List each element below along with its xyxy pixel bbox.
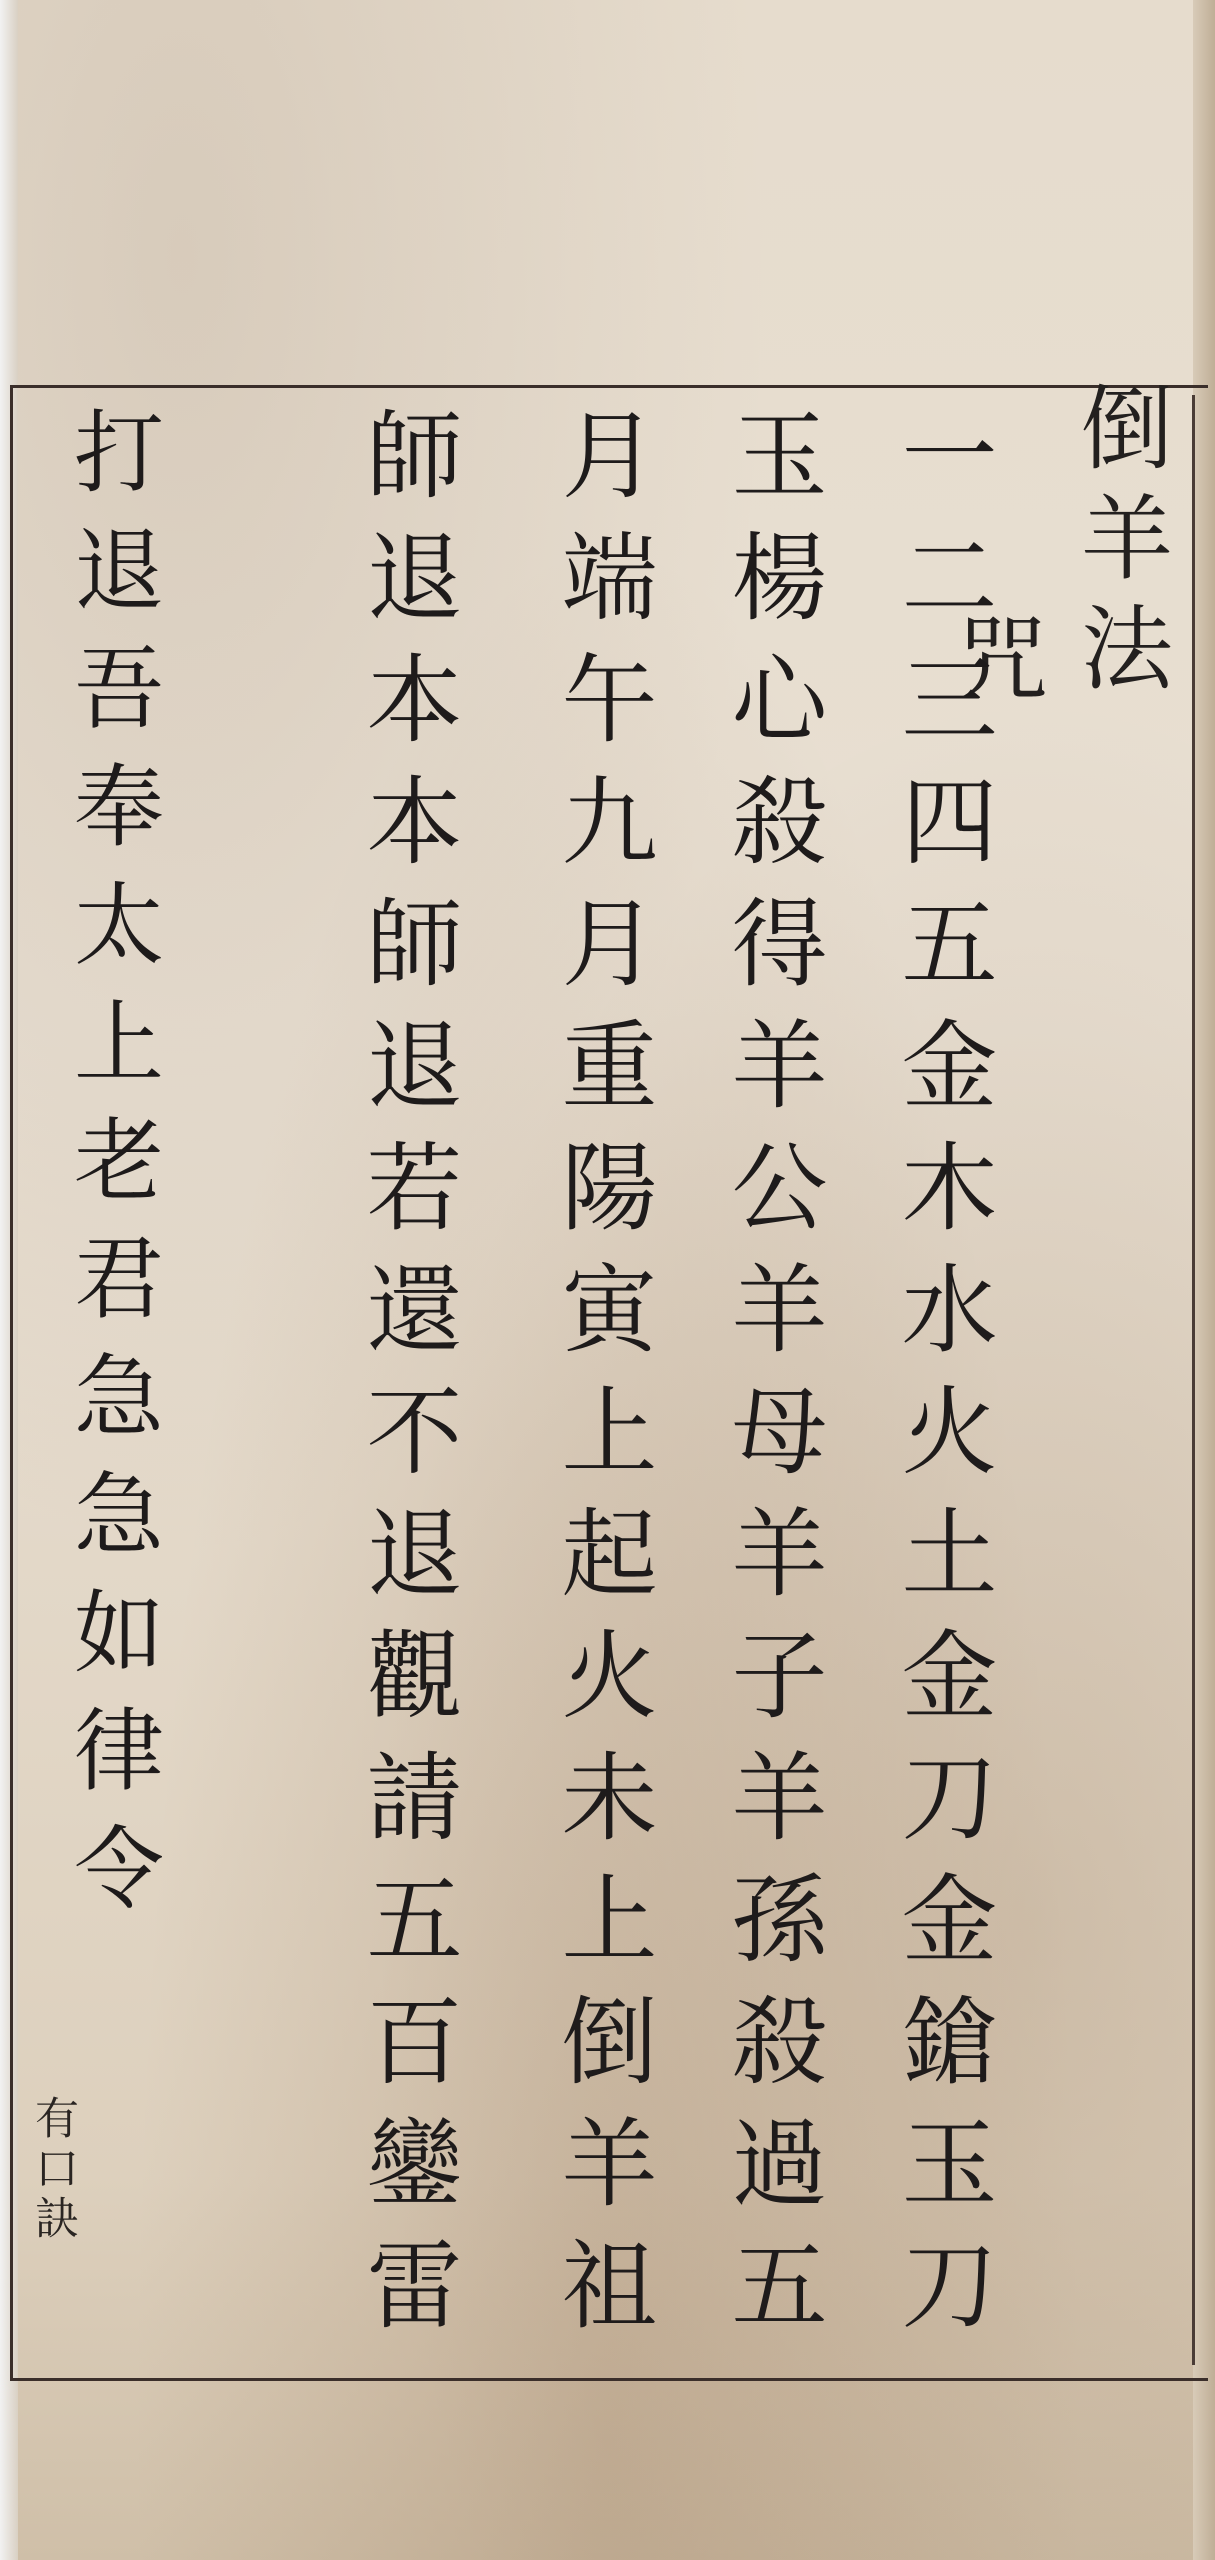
- glyph: 上: [554, 1381, 650, 1503]
- glyph: 子: [724, 1625, 820, 1747]
- glyph: 金: [894, 1625, 990, 1747]
- text-column-4: 師退本本師退若還不退觀請五百鑾雷: [359, 405, 455, 2357]
- glyph: 月: [554, 893, 650, 1015]
- glyph: 急: [65, 1349, 155, 1467]
- text-column-1: 一二三四五金木水火土金刀金鎗玉刀: [894, 405, 990, 2357]
- glyph: 退: [359, 1015, 455, 1137]
- glyph: 羊: [724, 1015, 820, 1137]
- glyph: 退: [359, 1503, 455, 1625]
- glyph: 上: [65, 995, 155, 1113]
- glyph: 上: [554, 1869, 650, 1991]
- glyph: 倒: [554, 1991, 650, 2113]
- glyph: 孫: [724, 1869, 820, 1991]
- glyph: 師: [359, 405, 455, 527]
- glyph: 母: [724, 1381, 820, 1503]
- glyph: 太: [65, 877, 155, 995]
- glyph: 心: [724, 649, 820, 771]
- glyph: 未: [554, 1747, 650, 1869]
- glyph: 楊: [724, 527, 820, 649]
- glyph: 土: [894, 1503, 990, 1625]
- glyph: 月: [554, 405, 650, 527]
- glyph: 羊: [724, 1259, 820, 1381]
- text-column-5: 打退吾奉太上老君急急如律令: [40, 405, 155, 1939]
- glyph: 百: [359, 1991, 455, 2113]
- document-title: 倒羊法: [1073, 380, 1165, 710]
- glyph: 師: [359, 893, 455, 1015]
- glyph: 玉: [894, 2113, 990, 2235]
- glyph: 水: [894, 1259, 990, 1381]
- glyph: 奉: [65, 759, 155, 877]
- glyph: 得: [724, 893, 820, 1015]
- glyph: 午: [554, 649, 650, 771]
- glyph: 五: [894, 893, 990, 1015]
- glyph: 如: [65, 1585, 155, 1703]
- glyph: 九: [554, 771, 650, 893]
- glyph: 火: [554, 1625, 650, 1747]
- glyph: 玉: [724, 405, 820, 527]
- glyph: 公: [724, 1137, 820, 1259]
- glyph: 寅: [554, 1259, 650, 1381]
- glyph: 刀: [894, 1747, 990, 1869]
- glyph: 羊: [554, 2113, 650, 2235]
- glyph: 打: [65, 405, 155, 523]
- glyph: 一: [894, 405, 990, 527]
- glyph: 雷: [359, 2235, 455, 2357]
- glyph: 五: [359, 1869, 455, 1991]
- glyph: 五: [724, 2235, 820, 2357]
- glyph: 君: [65, 1231, 155, 1349]
- glyph: 若: [359, 1137, 455, 1259]
- glyph: 羊: [724, 1503, 820, 1625]
- glyph: 重: [554, 1015, 650, 1137]
- glyph: 令: [65, 1821, 155, 1939]
- glyph: 殺: [724, 1991, 820, 2113]
- footnote-annotation: 有口訣: [30, 2095, 74, 2245]
- glyph: 祖: [554, 2235, 650, 2357]
- glyph: 端: [554, 527, 650, 649]
- glyph: 觀: [359, 1625, 455, 1747]
- glyph: 本: [359, 771, 455, 893]
- glyph: 金: [894, 1869, 990, 1991]
- glyph: 退: [359, 527, 455, 649]
- text-column-3: 月端午九月重陽寅上起火未上倒羊祖: [554, 405, 650, 2357]
- glyph: 請: [359, 1747, 455, 1869]
- frame-right-rule: [1192, 395, 1195, 2365]
- glyph: 急: [65, 1467, 155, 1585]
- glyph: 鎗: [894, 1991, 990, 2113]
- glyph: 陽: [554, 1137, 650, 1259]
- glyph: 二: [894, 527, 990, 649]
- manuscript-page: 倒羊法 咒 一二三四五金木水火土金刀金鎗玉刀 玉楊心殺得羊公羊母羊子羊孫殺過五 …: [0, 0, 1215, 2560]
- glyph: 起: [554, 1503, 650, 1625]
- glyph: 吾: [65, 641, 155, 759]
- glyph: 木: [894, 1137, 990, 1259]
- glyph: 退: [65, 523, 155, 641]
- glyph: 鑾: [359, 2113, 455, 2235]
- glyph: 三: [894, 649, 990, 771]
- glyph: 羊: [724, 1747, 820, 1869]
- glyph: 金: [894, 1015, 990, 1137]
- glyph: 本: [359, 649, 455, 771]
- glyph: 律: [65, 1703, 155, 1821]
- glyph: 四: [894, 771, 990, 893]
- text-column-2: 玉楊心殺得羊公羊母羊子羊孫殺過五: [724, 405, 820, 2357]
- glyph: 刀: [894, 2235, 990, 2357]
- glyph: 火: [894, 1381, 990, 1503]
- glyph: 殺: [724, 771, 820, 893]
- glyph: 不: [359, 1381, 455, 1503]
- glyph: 過: [724, 2113, 820, 2235]
- glyph: 老: [65, 1113, 155, 1231]
- glyph: 還: [359, 1259, 455, 1381]
